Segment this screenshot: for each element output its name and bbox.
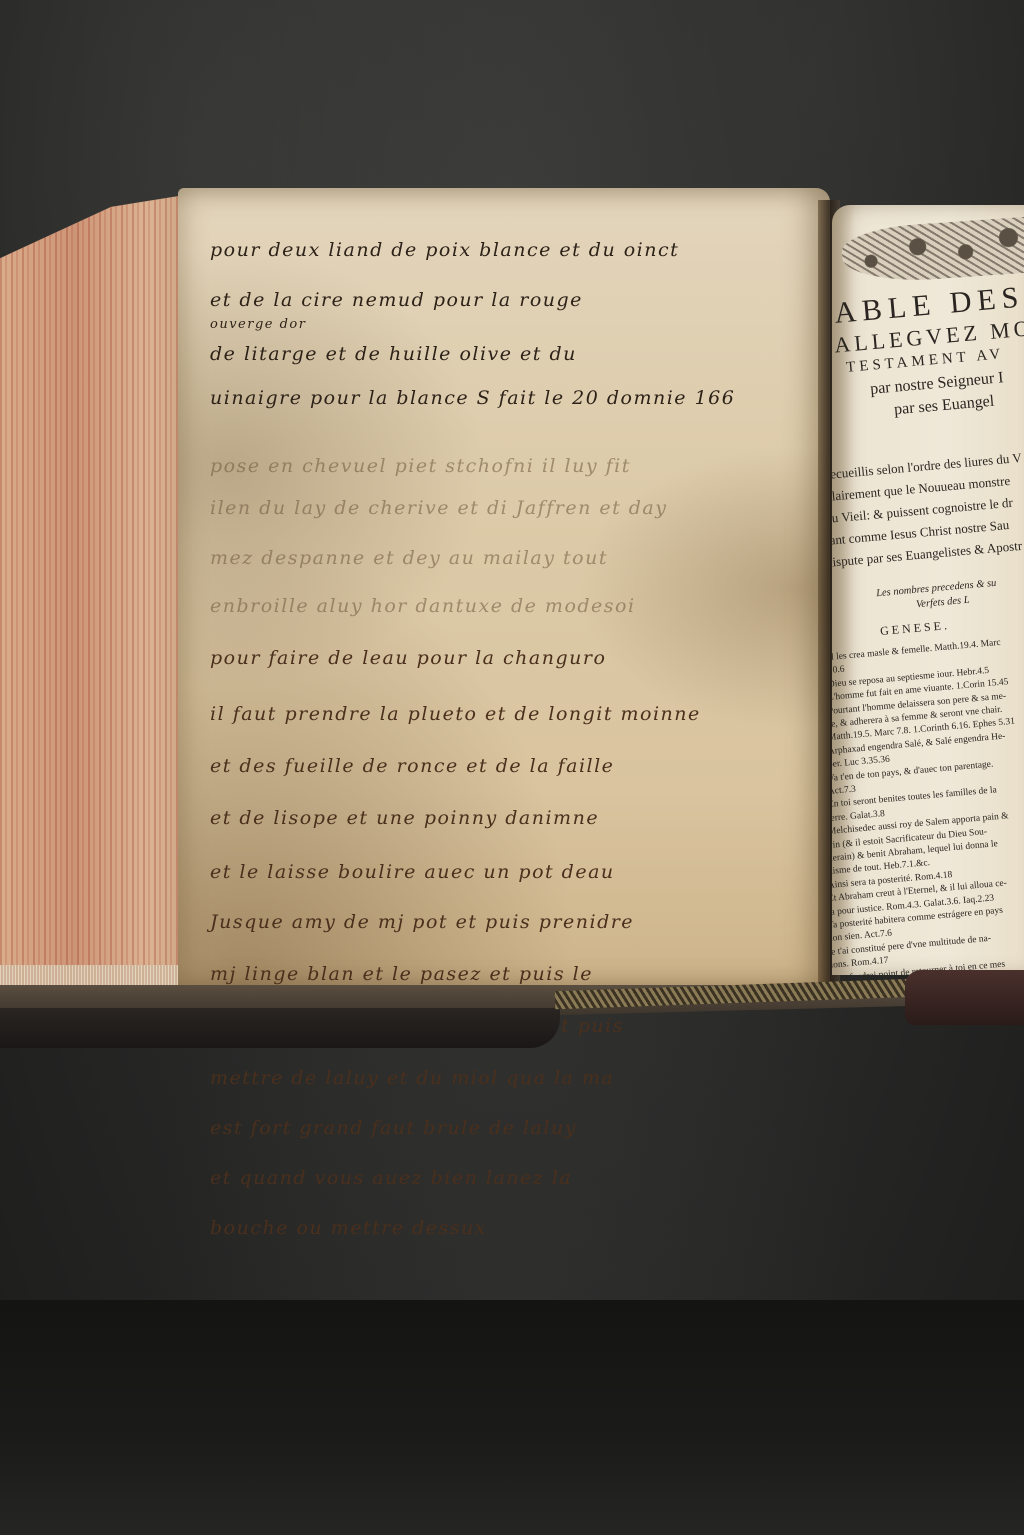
handwritten-line: et des fueille de ronce et de la faille (210, 755, 614, 777)
handwritten-line: uinaigre pour la blance S fait le 20 dom… (210, 387, 735, 409)
index-entry: ber. Luc 3.35.36 (832, 755, 890, 770)
handwritten-line: ouverge dor (210, 317, 306, 332)
index-entry: tions. Rom.4.17 (832, 956, 889, 971)
ornamental-headpiece-icon (840, 216, 1024, 285)
section-heading: GENESE. (879, 618, 950, 639)
index-entry: Act.7.3 (832, 785, 856, 797)
handwritten-line: est fort grand faut brule de laluy (210, 1117, 577, 1139)
handwritten-line: et quand vous auez bien lanez la (210, 1167, 572, 1189)
leather-cover-board (0, 1008, 560, 1048)
handwritten-line: mj linge blan et le pasez et puis le (210, 963, 593, 985)
handwritten-line: il faut prendre la plueto et de longit m… (210, 703, 701, 725)
page-title-line-5: par ses Euangel (893, 393, 995, 420)
index-entry: non sien. Act.7.6 (832, 929, 892, 945)
handwritten-line: ilen du lay de cherive et di Jaffren et … (210, 497, 668, 519)
index-entry: En toi seront benites toutes les famille… (832, 786, 997, 811)
index-entry: terre. Galat.3.8 (832, 809, 885, 824)
dark-cloth-foreground (0, 1300, 1024, 1535)
handwritten-line: enbroille aluy hor dantuxe de modesoi (210, 595, 636, 617)
handwritten-line: pose en chevuel piet stchofni il luy fit (210, 455, 631, 477)
handwritten-line: bouche ou mettre dessux (210, 1217, 487, 1239)
handwritten-line: et le laisse boulire auec un pot deau (210, 861, 615, 883)
handwritten-line: et de la cire nemud pour la rouge (210, 289, 583, 311)
note-line: Les nombres precedens & su (876, 578, 997, 599)
right-printed-page: ABLE DES T ALLEGVEZ MOT TESTAMENT AV par… (832, 205, 1024, 975)
handwritten-line: de litarge et de huille olive et du (210, 343, 577, 365)
book-fore-edge (0, 195, 185, 985)
index-entry: Il les crea masle & femelle. Matth.19.4.… (832, 638, 1001, 663)
handwritten-line: Jusque amy de mj pot et puis prenidre (210, 911, 634, 933)
handwritten-line: mez despanne et dey au mailay tout (210, 547, 608, 569)
handwritten-line: pour faire de leau pour la changuro (210, 647, 606, 669)
handwritten-line: pour deux liand de poix blance et du oin… (210, 239, 679, 261)
handwritten-line: mettre de laluy et du miol qua la ma (210, 1067, 614, 1089)
leather-spine (905, 970, 1024, 1025)
index-entry: 10.6 (832, 665, 845, 676)
note-line: Verfets des L (916, 595, 970, 611)
handwritten-line: et de lisope et une poinny danimne (210, 807, 599, 829)
